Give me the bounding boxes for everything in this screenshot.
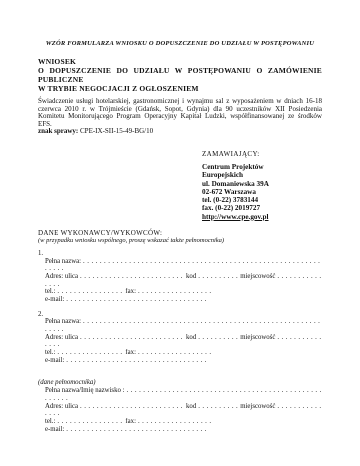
contractors-section-heading: DANE WYKONAWCY/WYKOWCÓW:: [38, 229, 322, 237]
email-label: e-mail:: [45, 296, 64, 304]
postal-code-fill-line: . . . . . . . . . . . . . . . . . . . . …: [198, 273, 238, 281]
phone-row: tel.: . . . . . . . . . . . . . . . . . …: [45, 288, 322, 296]
subject-paragraph: Świadczenie usługi hotelarskiej, gastron…: [38, 98, 322, 128]
fax-label: fax:: [125, 288, 136, 296]
contractors-section-note: (w przypadku wniosku wspólnego, proszę w…: [38, 237, 322, 245]
address-continuation-line: . . . .: [45, 281, 322, 289]
application-heading-line3: PUBLICZNE: [38, 75, 322, 84]
tel-fill-line: . . . . . . . . . . . . . . . . . . . . …: [57, 349, 123, 357]
full-name-continuation-line: . . . . .: [45, 265, 322, 273]
proxy-heading: (dane pełnomocnika): [38, 379, 322, 387]
case-number-value: CPE-IX-SII-15-49-BG/10: [80, 127, 153, 135]
email-label: e-mail:: [45, 426, 64, 434]
address-label: Adres: ulica: [45, 403, 78, 411]
fax-fill-line: . . . . . . . . . . . . . . . . . . . . …: [138, 288, 212, 296]
authority-street: ul. Domaniewska 39A: [202, 180, 322, 188]
authority-city: 02-672 Warszawa: [202, 188, 322, 196]
phone-row: tel.: . . . . . . . . . . . . . . . . . …: [45, 349, 322, 357]
full-name-continuation-line: . . . . .: [45, 326, 322, 334]
full-name-row: Pełna nazwa: . . . . . . . . . . . . . .…: [45, 318, 322, 326]
case-number-line: znak sprawy: CPE-IX-SII-15-49-BG/10: [38, 128, 322, 136]
contractor-entry-2: 2. Pełna nazwa: . . . . . . . . . . . . …: [38, 311, 322, 365]
phone-row: tel.: . . . . . . . . . . . . . . . . . …: [45, 418, 322, 426]
street-fill-line: . . . . . . . . . . . . . . . . . . . . …: [80, 273, 184, 281]
full-name-label: Pełna nazwa:: [45, 258, 81, 266]
full-name-continuation-line: . . . . . .: [45, 395, 322, 403]
postal-code-fill-line: . . . . . . . . . . . . . . . . . . . . …: [198, 403, 238, 411]
entry-number: 2.: [38, 311, 322, 319]
address-row: Adres: ulica . . . . . . . . . . . . . .…: [45, 403, 322, 411]
street-fill-line: . . . . . . . . . . . . . . . . . . . . …: [80, 403, 184, 411]
email-row: e-mail: . . . . . . . . . . . . . . . . …: [45, 296, 322, 304]
postal-code-label: kod: [186, 403, 196, 411]
application-heading-line4: W TRYBIE NEGOCJACJI Z OGŁOSZENIEM: [38, 84, 322, 93]
authority-fax: fax. (0-22) 2019727: [202, 204, 322, 212]
fax-label: fax:: [125, 418, 136, 426]
full-name-fill-line: . . . . . . . . . . . . . . . . . . . . …: [83, 318, 322, 326]
city-label: miejscowość: [240, 403, 275, 411]
entry-rows: Pełna nazwa: . . . . . . . . . . . . . .…: [45, 258, 322, 304]
proxy-full-name-label: Pełna nazwa/Imię nazwisko :: [45, 387, 124, 395]
tel-label: tel.:: [45, 288, 55, 296]
tel-fill-line: . . . . . . . . . . . . . . . . . . . . …: [57, 288, 123, 296]
email-label: e-mail:: [45, 357, 64, 365]
contracting-authority-block: ZAMAWIAJĄCY: Centrum Projektów Europejsk…: [202, 150, 322, 221]
city-fill-line: . . . . . . . . . . . . . . . . . . . . …: [277, 273, 322, 281]
full-name-row: Pełna nazwa: . . . . . . . . . . . . . .…: [45, 258, 322, 266]
full-name-fill-line: . . . . . . . . . . . . . . . . . . . . …: [83, 258, 322, 266]
case-number-label: znak sprawy:: [38, 127, 78, 135]
authority-name-line1: Centrum Projektów: [202, 163, 322, 171]
form-template-title: WZÓR FORMULARZA WNIOSKU O DOPUSZCZENIE D…: [38, 40, 322, 47]
tel-label: tel.:: [45, 349, 55, 357]
email-fill-line: . . . . . . . . . . . . . . . . . . . . …: [66, 357, 209, 365]
email-row: e-mail: . . . . . . . . . . . . . . . . …: [45, 357, 322, 365]
fax-fill-line: . . . . . . . . . . . . . . . . . . . . …: [138, 418, 212, 426]
address-continuation-line: . . . .: [45, 410, 322, 418]
tel-label: tel.:: [45, 418, 55, 426]
tel-fill-line: . . . . . . . . . . . . . . . . . . . . …: [57, 418, 123, 426]
fax-label: fax:: [125, 349, 136, 357]
proxy-block: (dane pełnomocnika) Pełna nazwa/Imię naz…: [38, 379, 322, 433]
address-row: Adres: ulica . . . . . . . . . . . . . .…: [45, 334, 322, 342]
address-label: Adres: ulica: [45, 334, 78, 342]
authority-name-line2: Europejskich: [202, 171, 322, 179]
address-row: Adres: ulica . . . . . . . . . . . . . .…: [45, 273, 322, 281]
email-row: e-mail: . . . . . . . . . . . . . . . . …: [45, 426, 322, 434]
postal-code-fill-line: . . . . . . . . . . . . . . . . . . . . …: [198, 334, 238, 342]
street-fill-line: . . . . . . . . . . . . . . . . . . . . …: [80, 334, 184, 342]
entry-rows: Pełna nazwa: . . . . . . . . . . . . . .…: [45, 318, 322, 364]
proxy-full-name-row: Pełna nazwa/Imię nazwisko : . . . . . . …: [45, 387, 322, 395]
postal-code-label: kod: [186, 273, 196, 281]
address-label: Adres: ulica: [45, 273, 78, 281]
contracting-authority-label: ZAMAWIAJĄCY:: [202, 150, 322, 158]
city-label: miejscowość: [240, 273, 275, 281]
full-name-fill-line: . . . . . . . . . . . . . . . . . . . . …: [126, 387, 322, 395]
city-label: miejscowość: [240, 334, 275, 342]
contracting-authority-details: Centrum Projektów Europejskich ul. Doman…: [202, 163, 322, 221]
application-heading: WNIOSEK O DOPUSZCZENIE DO UDZIAŁU W POST…: [38, 57, 322, 93]
city-fill-line: . . . . . . . . . . . . . . . . . . . . …: [277, 403, 322, 411]
document-page: WZÓR FORMULARZA WNIOSKU O DOPUSZCZENIE D…: [0, 0, 360, 466]
email-fill-line: . . . . . . . . . . . . . . . . . . . . …: [66, 296, 209, 304]
application-heading-line1: WNIOSEK: [38, 57, 322, 66]
address-continuation-line: . . . .: [45, 341, 322, 349]
entry-rows: Pełna nazwa/Imię nazwisko : . . . . . . …: [45, 387, 322, 433]
postal-code-label: kod: [186, 334, 196, 342]
email-fill-line: . . . . . . . . . . . . . . . . . . . . …: [66, 426, 209, 434]
entry-number: 1.: [38, 250, 322, 258]
fax-fill-line: . . . . . . . . . . . . . . . . . . . . …: [138, 349, 212, 357]
authority-phone: tel. (0-22) 3783144: [202, 196, 322, 204]
contractor-entry-1: 1. Pełna nazwa: . . . . . . . . . . . . …: [38, 250, 322, 304]
full-name-label: Pełna nazwa:: [45, 318, 81, 326]
authority-website-link[interactable]: http://www.cpe.gov.pl: [202, 213, 322, 221]
application-heading-line2: O DOPUSZCZENIE DO UDZIAŁU W POSTĘPOWANIU…: [38, 66, 322, 75]
city-fill-line: . . . . . . . . . . . . . . . . . . . . …: [277, 334, 322, 342]
